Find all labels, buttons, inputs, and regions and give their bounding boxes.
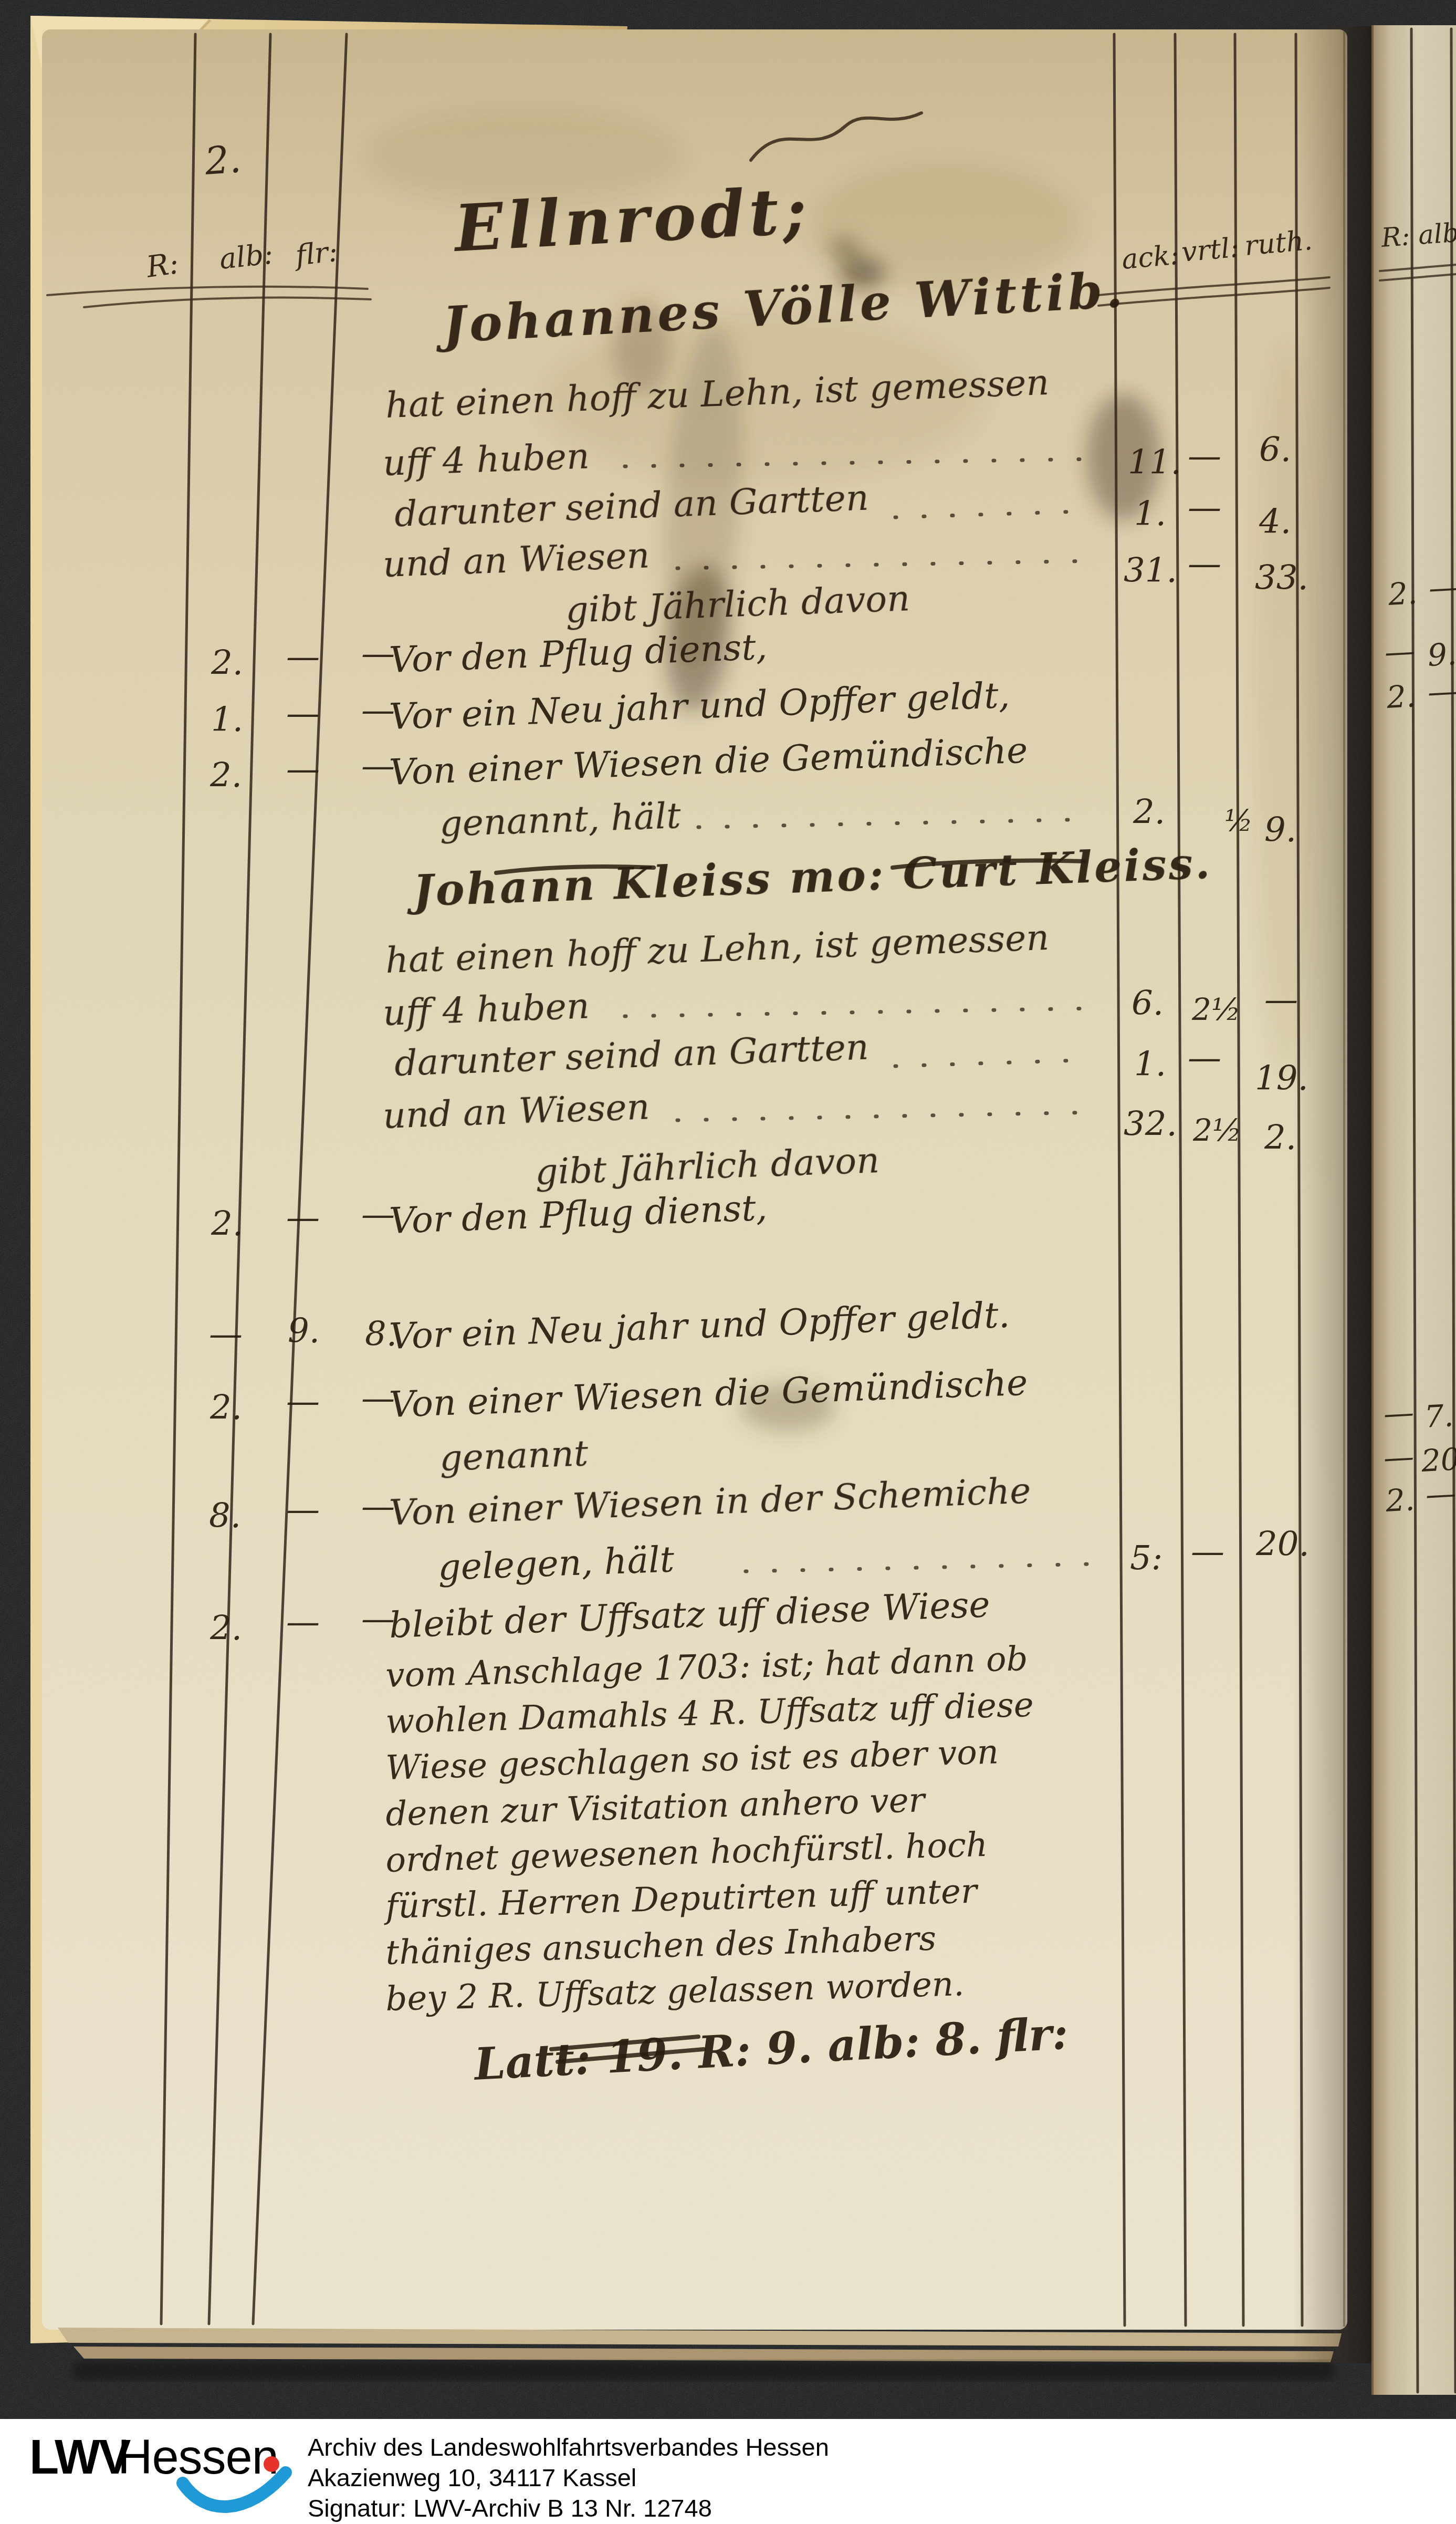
land-value: 2½ xyxy=(1191,992,1241,1027)
due-amount: — xyxy=(286,694,320,733)
due-line-continuation: genannt xyxy=(439,1433,589,1479)
logo-lwv-bold: LWV xyxy=(29,2431,131,2484)
logo-hessen-light: Hessen xyxy=(118,2431,278,2484)
margin-value: — xyxy=(1428,569,1456,606)
land-value: — xyxy=(1188,488,1221,527)
due-line-continuation: genannt, hält xyxy=(439,795,682,845)
logo-red-dot-icon xyxy=(264,2456,279,2472)
footer-archive-name: Archiv des Landeswohlfahrtsverbandes Hes… xyxy=(308,2433,829,2461)
margin-value: — xyxy=(1424,1475,1456,1513)
column-header-money-flr: flr: xyxy=(292,235,339,272)
facing-page-column-header: R: alb: xyxy=(1380,217,1456,253)
land-value: 20. xyxy=(1255,1525,1310,1564)
land-value: 2. xyxy=(1133,793,1165,832)
column-header-money-alb: alb: xyxy=(218,237,275,276)
land-value: 9. xyxy=(1264,811,1296,850)
due-amount: 2. xyxy=(210,1389,242,1427)
margin-value: — xyxy=(1382,1394,1415,1432)
entry-line: uff 4 huben xyxy=(382,435,590,484)
margin-value: — xyxy=(1384,633,1416,670)
land-value: — xyxy=(1188,437,1221,476)
due-amount: — xyxy=(286,638,320,676)
due-amount: — xyxy=(209,1315,243,1354)
due-amount: — xyxy=(286,750,320,789)
due-amount: — xyxy=(286,1490,320,1529)
due-amount: — xyxy=(286,1382,320,1421)
land-value: 2½ xyxy=(1192,1112,1242,1148)
land-value: — xyxy=(1191,1532,1224,1571)
due-amount: 2. xyxy=(211,1205,243,1244)
margin-value: 2. xyxy=(1387,575,1418,612)
land-value: 1. xyxy=(1134,495,1166,534)
land-value: 33. xyxy=(1255,559,1308,598)
footer-signature: Signatur: LWV-Archiv B 13 Nr. 12748 xyxy=(308,2494,712,2522)
folio-number: 2. xyxy=(203,137,242,183)
land-value: 19. xyxy=(1255,1059,1308,1098)
land-value: 1. xyxy=(1134,1045,1166,1084)
column-header-money-r: R: xyxy=(144,246,181,285)
land-value: 6. xyxy=(1259,431,1291,470)
archive-scan: 2. Ellnrodt; R: alb: flr: ack: vrtl: rut… xyxy=(0,0,1456,2524)
land-value: 2. xyxy=(1264,1119,1296,1157)
due-line-continuation: gelegen, hält xyxy=(437,1539,675,1589)
land-value: — xyxy=(1188,545,1221,583)
land-value: — xyxy=(1188,1039,1221,1078)
margin-value: — xyxy=(1382,1438,1415,1476)
screenshot-root: 2. Ellnrodt; R: alb: flr: ack: vrtl: rut… xyxy=(0,0,1456,2524)
margin-value: 2. xyxy=(1385,678,1417,715)
column-header-land-vrtl: vrtl: xyxy=(1180,232,1240,268)
due-amount: 1. xyxy=(211,701,243,739)
due-amount: 2. xyxy=(210,1609,242,1648)
due-amount: — xyxy=(286,1603,320,1642)
land-value: 5: xyxy=(1130,1539,1162,1578)
due-amount: 2. xyxy=(210,756,242,795)
margin-value: 2. xyxy=(1384,1482,1416,1519)
margin-value: — xyxy=(1427,673,1456,710)
footer-address: Akazienweg 10, 34117 Kassel xyxy=(308,2464,636,2491)
due-amount: 9. xyxy=(288,1312,320,1351)
margin-value: 9. xyxy=(1427,636,1456,673)
archive-footer: LWV Hessen Archiv des Landeswohlfahrtsve… xyxy=(0,2419,1456,2524)
land-value: — xyxy=(1264,981,1298,1019)
due-amount: 2. xyxy=(211,644,243,683)
column-header-land-ack: ack: xyxy=(1120,239,1180,276)
due-amount: — xyxy=(286,1198,320,1237)
land-value: 6. xyxy=(1132,984,1164,1023)
land-value: 31. xyxy=(1124,551,1177,590)
land-value: 32. xyxy=(1124,1105,1177,1144)
due-amount: 8. xyxy=(209,1497,241,1536)
land-value: ½ xyxy=(1224,804,1253,838)
column-header-land-ruth: ruth. xyxy=(1243,225,1314,262)
land-value: 11. xyxy=(1128,443,1181,482)
margin-value: 7. xyxy=(1423,1397,1454,1435)
entry-line: uff 4 huben xyxy=(382,985,590,1034)
margin-value: 20. xyxy=(1420,1441,1456,1479)
land-value: 4. xyxy=(1259,503,1291,541)
